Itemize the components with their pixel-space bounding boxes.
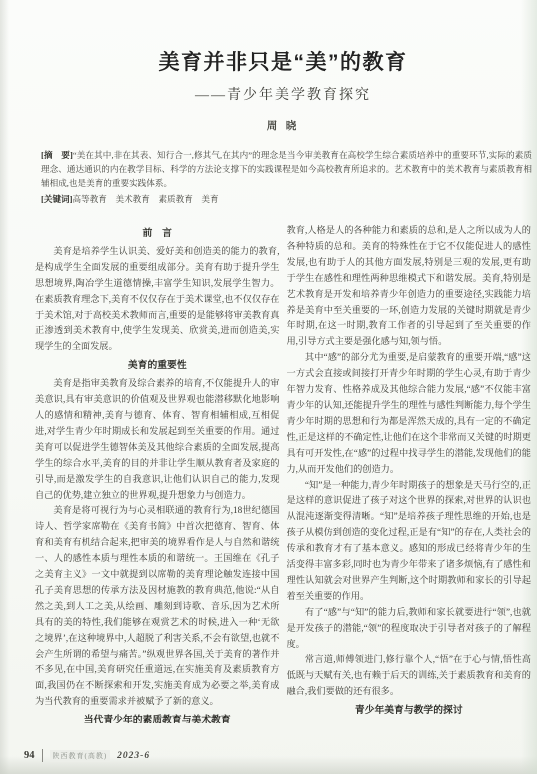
abstract-label: [摘 要] [41, 150, 73, 160]
article-title: 美育并非只是“美”的教育 [35, 50, 531, 76]
page-number: 94 [24, 750, 35, 761]
keywords-label: [关键词] [41, 194, 73, 204]
page-footer: 94 陕西教育(高教) 2023-6 [24, 749, 150, 762]
keywords-text: 高等教育 美术教育 素质教育 美育 [73, 194, 219, 204]
body-columns: 前 言美育是培养学生认识美、爱好美和创造美的能力的教育,是构成学生全面发展的重要… [35, 223, 531, 723]
column-left: 前 言美育是培养学生认识美、爱好美和创造美的能力的教育,是构成学生全面发展的重要… [35, 223, 280, 723]
body-paragraph: 有了“感”与“知”的能力后,教师和家长就要进行“领”,也就是开发孩子的潜能,“领… [287, 605, 532, 653]
body-paragraph: 当代青少年的素质教育是时代的诉求和人文需要,日益增长的科学技术发展对青少年综合素… [287, 721, 532, 723]
abstract-text: “美在其中,非在其表、知行合一,修其气,在其内”的理念是当今审美教育在高校学生综… [41, 150, 532, 188]
keywords-line: [关键词]高等教育 美术教育 素质教育 美育 [41, 192, 532, 206]
body-paragraph: 美育是指审美教育及综合素养的培育,不仅能提升人的审美意识,具有审美意识的价值观及… [35, 376, 280, 503]
article-subtitle: ——青少年美学教育探究 [35, 87, 531, 105]
footer-divider [42, 749, 43, 762]
body-paragraph: “知”是一种能力,青少年时期孩子的想象是天马行空的,正是这样的意识促进了孩子对这… [287, 478, 532, 605]
column-right: 教育,人格是人的各种能力和素质的总和,是人之所以成为人的各种特质的总和。美育的特… [287, 223, 532, 723]
issue-number: 2023-6 [117, 751, 150, 761]
abstract: [摘 要]“美在其中,非在其表、知行合一,修其气,在其内”的理念是当今审美教育在… [41, 148, 532, 190]
body-paragraph: 其中“感”的部分尤为重要,是启蒙教育的重要开端,“感”这一方式会直接或间接打开青… [287, 350, 532, 477]
section-heading: 前 言 [35, 226, 280, 242]
section-heading: 青少年美育与教学的探讨 [287, 703, 532, 719]
body-paragraph: 美育是培养学生认识美、爱好美和创造美的能力的教育,是构成学生全面发展的重要组成部… [35, 244, 280, 355]
journal-page: 美育并非只是“美”的教育 ——青少年美学教育探究 周 晓 [摘 要]“美在其中,… [0, 0, 537, 774]
author-name: 周 晓 [35, 118, 531, 133]
section-heading: 美育的重要性 [35, 358, 280, 374]
body-paragraph: 教育,人格是人的各种能力和素质的总和,是人之所以成为人的各种特质的总和。美育的特… [287, 223, 532, 350]
section-heading: 当代青少年的素质教育与美术教育 [35, 713, 280, 723]
body-paragraph: 美育是将可视行为与心灵相联通的教育行为,18世纪德国诗人、哲学家席勒在《美育书简… [35, 503, 280, 710]
abstract-block: [摘 要]“美在其中,非在其表、知行合一,修其气,在其内”的理念是当今审美教育在… [41, 148, 532, 206]
body-paragraph: 常言道,师傅领进门,修行靠个人,“悟”在于心与情,悟性高低既与天赋有关,也有赖于… [287, 652, 532, 700]
journal-name: 陕西教育(高教) [50, 750, 111, 762]
